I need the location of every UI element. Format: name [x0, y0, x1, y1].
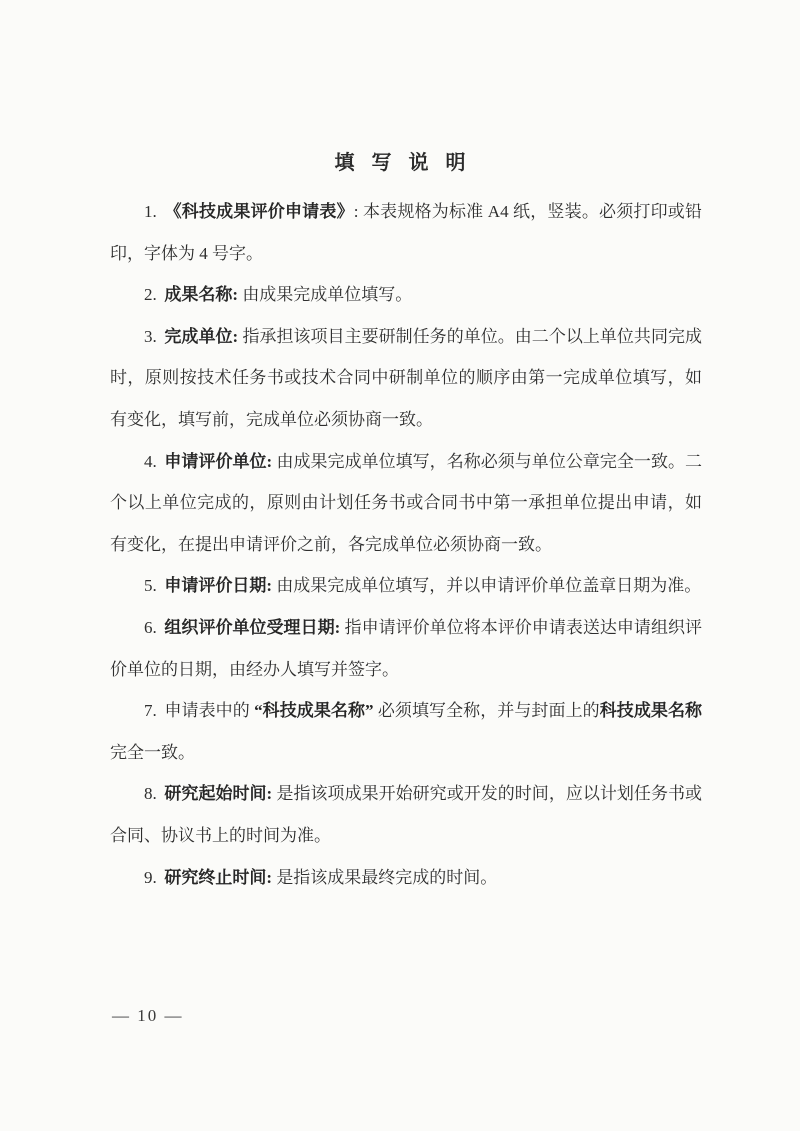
item-text: 是指该成果最终完成的时间。 — [276, 868, 497, 887]
item-term: 申请评价单位: — [164, 452, 276, 471]
item-text: 完全一致。 — [110, 743, 195, 762]
instruction-item-6: 6.组织评价单位受理日期: 指申请评价单位将本评价申请表送达申请组织评价单位的日… — [110, 607, 702, 690]
instruction-item-7: 7.申请表中的 “科技成果名称” 必须填写全称，并与封面上的科技成果名称完全一致… — [110, 690, 702, 773]
document-page: 填写说明 1.《科技成果评价申请表》: 本表规格为标准 A4 纸，竖装。必须打印… — [0, 0, 800, 1131]
item-text: 由成果完成单位填写，并以申请评价单位盖章日期为准。 — [276, 576, 701, 595]
instruction-item-8: 8.研究起始时间: 是指该项成果开始研究或开发的时间，应以计划任务书或合同、协议… — [110, 773, 702, 856]
item-number: 6. — [144, 618, 164, 637]
item-number: 5. — [144, 576, 164, 595]
item-number: 9. — [144, 868, 164, 887]
item-term: 完成单位: — [164, 327, 242, 346]
item-number: 8. — [144, 784, 164, 803]
item-term: “科技成果名称” — [254, 701, 373, 720]
item-term: 科技成果名称 — [600, 701, 702, 720]
instruction-item-9: 9.研究终止时间: 是指该成果最终完成的时间。 — [110, 857, 702, 899]
item-number: 7. — [144, 701, 164, 720]
item-term: 成果名称: — [164, 285, 242, 304]
item-text: 由成果完成单位填写。 — [242, 285, 412, 304]
item-term: 研究起始时间: — [164, 784, 276, 803]
item-number: 4. — [144, 452, 164, 471]
item-number: 2. — [144, 285, 164, 304]
item-text: 必须填写全称，并与封面上的 — [374, 701, 600, 720]
instruction-item-2: 2.成果名称: 由成果完成单位填写。 — [110, 274, 702, 316]
instruction-list: 1.《科技成果评价申请表》: 本表规格为标准 A4 纸，竖装。必须打印或铅印，字… — [110, 191, 702, 898]
instruction-item-4: 4.申请评价单位: 由成果完成单位填写，名称必须与单位公章完全一致。二个以上单位… — [110, 441, 702, 566]
document-title: 填写说明 — [0, 0, 800, 175]
instruction-item-5: 5.申请评价日期: 由成果完成单位填写，并以申请评价单位盖章日期为准。 — [110, 565, 702, 607]
item-term: 研究终止时间: — [164, 868, 276, 887]
item-number: 3. — [144, 327, 164, 346]
item-number: 1. — [144, 202, 164, 221]
item-text: 申请表中的 — [164, 701, 254, 720]
instruction-item-1: 1.《科技成果评价申请表》: 本表规格为标准 A4 纸，竖装。必须打印或铅印，字… — [110, 191, 702, 274]
item-term: 申请评价日期: — [164, 576, 276, 595]
item-term: 组织评价单位受理日期: — [164, 618, 344, 637]
page-number: — 10 — — [112, 1006, 184, 1026]
item-term: 《科技成果评价申请表》 — [164, 202, 353, 221]
instruction-item-3: 3.完成单位: 指承担该项目主要研制任务的单位。由二个以上单位共同完成时，原则按… — [110, 316, 702, 441]
